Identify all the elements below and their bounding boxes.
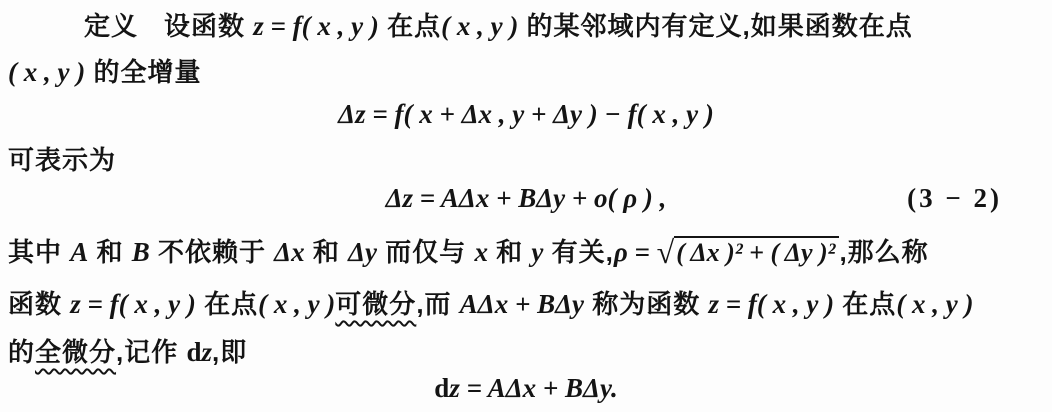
math-segment: z = f( x , y )	[253, 11, 379, 41]
math-segment: z = f( x , y )	[708, 289, 834, 319]
text-segment: 在点	[379, 11, 441, 41]
text-segment: 的某邻域内有定义,如果函数在点	[518, 11, 912, 41]
textbook-page: 定义设函数 z = f( x , y ) 在点( x , y ) 的某邻域内有定…	[0, 0, 1052, 412]
math-segment: z	[202, 337, 213, 367]
math-segment: ( x , y )	[441, 11, 518, 41]
text-segment: 和	[88, 237, 131, 267]
math-segment: ( x , y )	[258, 289, 335, 319]
math-segment: d	[434, 373, 449, 403]
text-segment: 的	[8, 337, 35, 367]
text-segment: 可表示为	[8, 145, 116, 175]
math-segment: x	[474, 237, 488, 267]
math-segment: A	[70, 237, 88, 267]
text-segment: 而仅与	[377, 237, 474, 267]
formula-differential-decomposition: (3 − 2) Δz = AΔx + BΔy + o( ρ ) ,	[8, 176, 1044, 225]
emphasized-term: 可微分	[335, 289, 416, 319]
body-line-differentiable: 函数 z = f( x , y ) 在点( x , y )可微分,而 AΔx +…	[8, 282, 1044, 331]
text-segment: ,而	[416, 289, 459, 319]
text-segment: 不依赖于	[150, 237, 274, 267]
math-segment: Δz = f( x + Δx , y + Δy ) − f( x , y )	[338, 99, 714, 129]
text-segment: 的全增量	[85, 57, 201, 87]
math-segment: Δy	[348, 237, 377, 267]
text-segment: 函数	[8, 289, 70, 319]
definition-line-1: 定义设函数 z = f( x , y ) 在点( x , y ) 的某邻域内有定…	[8, 4, 1044, 53]
math-segment: ( x , y )	[896, 289, 973, 319]
math-segment: B	[132, 237, 150, 267]
text-segment: ,那么称	[839, 237, 928, 267]
text-segment: 称为函数	[584, 289, 708, 319]
text-segment: ,记作	[116, 337, 186, 367]
math-segment: d	[186, 337, 201, 367]
sqrt-expression: √( Δx )² + ( Δy )²	[657, 230, 840, 279]
emphasized-term: 全微分	[35, 337, 116, 367]
math-segment: z = AΔx + BΔy.	[449, 373, 617, 403]
text-segment: 其中	[8, 237, 70, 267]
math-segment: ρ =	[614, 237, 657, 267]
math-segment: AΔx + BΔy	[460, 289, 584, 319]
text-segment: 定义	[84, 11, 138, 41]
math-segment: ( x , y )	[8, 57, 85, 87]
text-segment: 和	[488, 237, 531, 267]
math-segment: Δz = AΔx + BΔy + o( ρ ) ,	[386, 183, 667, 213]
math-segment: y	[531, 237, 543, 267]
formula-dz-definition: dz = AΔx + BΔy.	[8, 366, 1044, 412]
text-segment: 和	[305, 237, 348, 267]
radicand: ( Δx )² + ( Δy )²	[674, 236, 839, 267]
text-segment: 有关,	[543, 237, 613, 267]
formula-total-increment: Δz = f( x + Δx , y + Δy ) − f( x , y )	[8, 92, 1044, 141]
text-segment: 设函数	[164, 11, 253, 41]
radical-sign-icon: √	[657, 234, 675, 270]
equation-number: (3 − 2)	[907, 176, 1002, 220]
math-segment: Δx	[274, 237, 304, 267]
text-segment: ,即	[212, 337, 247, 367]
text-segment: 在点	[834, 289, 896, 319]
body-line-conditions: 其中 A 和 B 不依赖于 Δx 和 Δy 而仅与 x 和 y 有关,ρ = √…	[8, 230, 1044, 279]
text-segment: 在点	[196, 289, 258, 319]
math-segment: z = f( x , y )	[70, 289, 196, 319]
